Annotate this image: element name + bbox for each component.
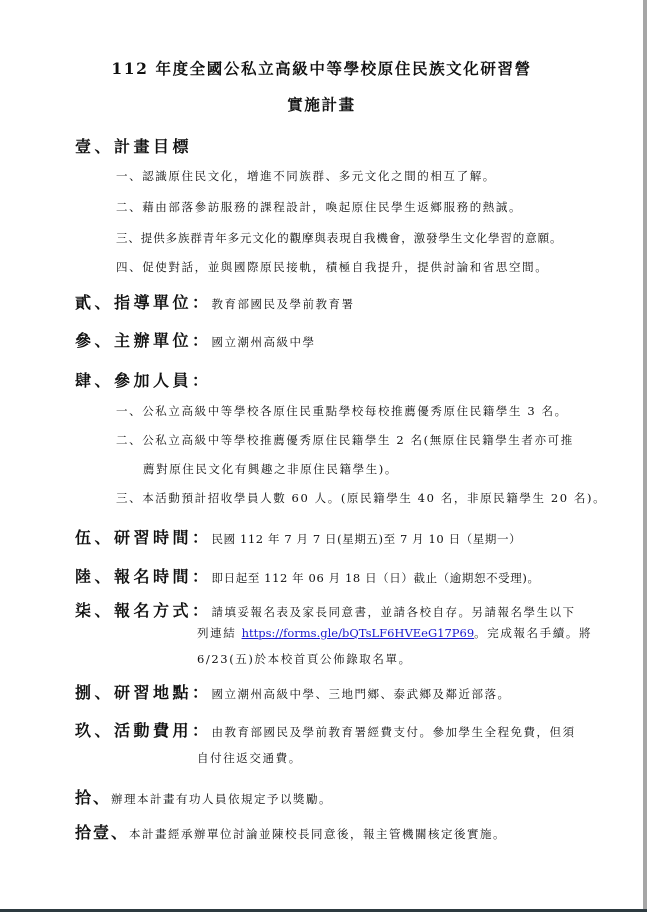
participant-item-3: 三、本活動預計招收學員人數 60 人。(原民籍學生 40 名，非原民籍學生 20… (116, 490, 606, 506)
section-heading-training-time: 伍、研習時間： (75, 528, 212, 547)
participant-item-2-cont: 薦對原住民文化有興趣之非原住民籍學生)。 (143, 461, 398, 477)
registration-method-line2-suffix: 。完成報名手續。將 (474, 626, 592, 640)
section-heading-organizer: 參、主辦單位： (75, 331, 212, 350)
section-heading-supervising: 貳、指導單位： (75, 293, 212, 312)
section-organizer: 參、主辦單位：國立潮州高級中學 (75, 328, 316, 351)
training-time-value: 民國 112 年 7 月 7 日(星期五)至 7 月 10 日（星期一） (212, 532, 522, 546)
section-heading-training-location: 捌、研習地點： (75, 683, 212, 702)
section-heading-approval: 拾壹、 (75, 823, 129, 842)
rewards-value: 辦理本計畫有功人員依規定予以獎勵。 (111, 792, 332, 806)
participant-item-1: 一、公私立高級中等學校各原住民重點學校每校推薦優秀原住民籍學生 3 名。 (116, 403, 568, 419)
organizer-value: 國立潮州高級中學 (212, 335, 316, 349)
section-registration-method: 柒、報名方式：請填妥報名表及家長同意書，並請各校自存。另請報名學生以下 (75, 598, 576, 621)
objective-item-4: 四、促使對話，並與國際原民接軌，積極自我提升，提供討論和省思空間。 (116, 259, 548, 275)
section-training-location: 捌、研習地點：國立潮州高級中學、三地門鄉、泰武鄉及鄰近部落。 (75, 680, 511, 703)
registration-method-line3: 6/23(五)於本校首頁公佈錄取名單。 (197, 651, 412, 667)
participant-item-2: 二、公私立高級中等學校推薦優秀原住民籍學生 2 名(無原住民籍學生者亦可推 (116, 432, 574, 448)
objective-item-2: 二、藉由部落參訪服務的課程設計，喚起原住民學生返鄉服務的熱誠。 (116, 199, 522, 215)
section-training-time: 伍、研習時間：民國 112 年 7 月 7 日(星期五)至 7 月 10 日（星… (75, 525, 521, 548)
section-heading-objectives: 壹、計畫目標 (75, 134, 192, 157)
training-location-value: 國立潮州高級中學、三地門鄉、泰武鄉及鄰近部落。 (212, 687, 511, 701)
objective-item-1: 一、認識原住民文化，增進不同族群、多元文化之間的相互了解。 (116, 168, 496, 184)
supervising-unit-value: 教育部國民及學前教育署 (212, 297, 355, 311)
section-registration-time: 陸、報名時間：即日起至 112 年 06 月 18 日（日）截止（逾期恕不受理)… (75, 564, 540, 587)
activity-fee-line1: 由教育部國民及學前教育署經費支付。參加學生全程免費，但須 (212, 725, 576, 739)
section-supervising-unit: 貳、指導單位：教育部國民及學前教育署 (75, 290, 355, 313)
page-right-edge (643, 0, 647, 909)
section-activity-fee: 玖、活動費用：由教育部國民及學前教育署經費支付。參加學生全程免費，但須 (75, 718, 576, 741)
registration-method-line2-prefix: 列連結 (197, 626, 242, 640)
registration-time-value: 即日起至 112 年 06 月 18 日（日）截止（逾期恕不受理)。 (212, 571, 540, 585)
section-heading-rewards: 拾、 (75, 788, 111, 807)
section-heading-registration-time: 陸、報名時間： (75, 567, 212, 586)
section-approval: 拾壹、本計畫經承辦單位討論並陳校長同意後，報主管機關核定後實施。 (75, 820, 506, 843)
approval-value: 本計畫經承辦單位討論並陳校長同意後，報主管機關核定後實施。 (129, 827, 506, 841)
document-page: 112 年度全國公私立高級中等學校原住民族文化研習營 實施計畫 壹、計畫目標 一… (0, 0, 643, 909)
document-subtitle: 實施計畫 (0, 93, 643, 115)
section-heading-activity-fee: 玖、活動費用： (75, 721, 212, 740)
section-heading-registration-method: 柒、報名方式： (75, 601, 212, 620)
objective-item-3: 三、提供多族群青年多元文化的觀摩與表現自我機會，激發學生文化學習的意願。 (116, 230, 562, 246)
document-title: 112 年度全國公私立高級中等學校原住民族文化研習營 (0, 57, 643, 79)
section-heading-participants: 肆、參加人員： (75, 368, 212, 391)
registration-form-link[interactable]: https://forms.gle/bQTsLF6HVEeG17P69 (242, 626, 475, 640)
registration-method-line2: 列連結 https://forms.gle/bQTsLF6HVEeG17P69。… (197, 625, 592, 641)
registration-method-line1: 請填妥報名表及家長同意書，並請各校自存。另請報名學生以下 (212, 605, 576, 619)
activity-fee-line2: 自付往返交通費。 (197, 750, 302, 766)
section-rewards: 拾、辦理本計畫有功人員依規定予以獎勵。 (75, 785, 332, 808)
